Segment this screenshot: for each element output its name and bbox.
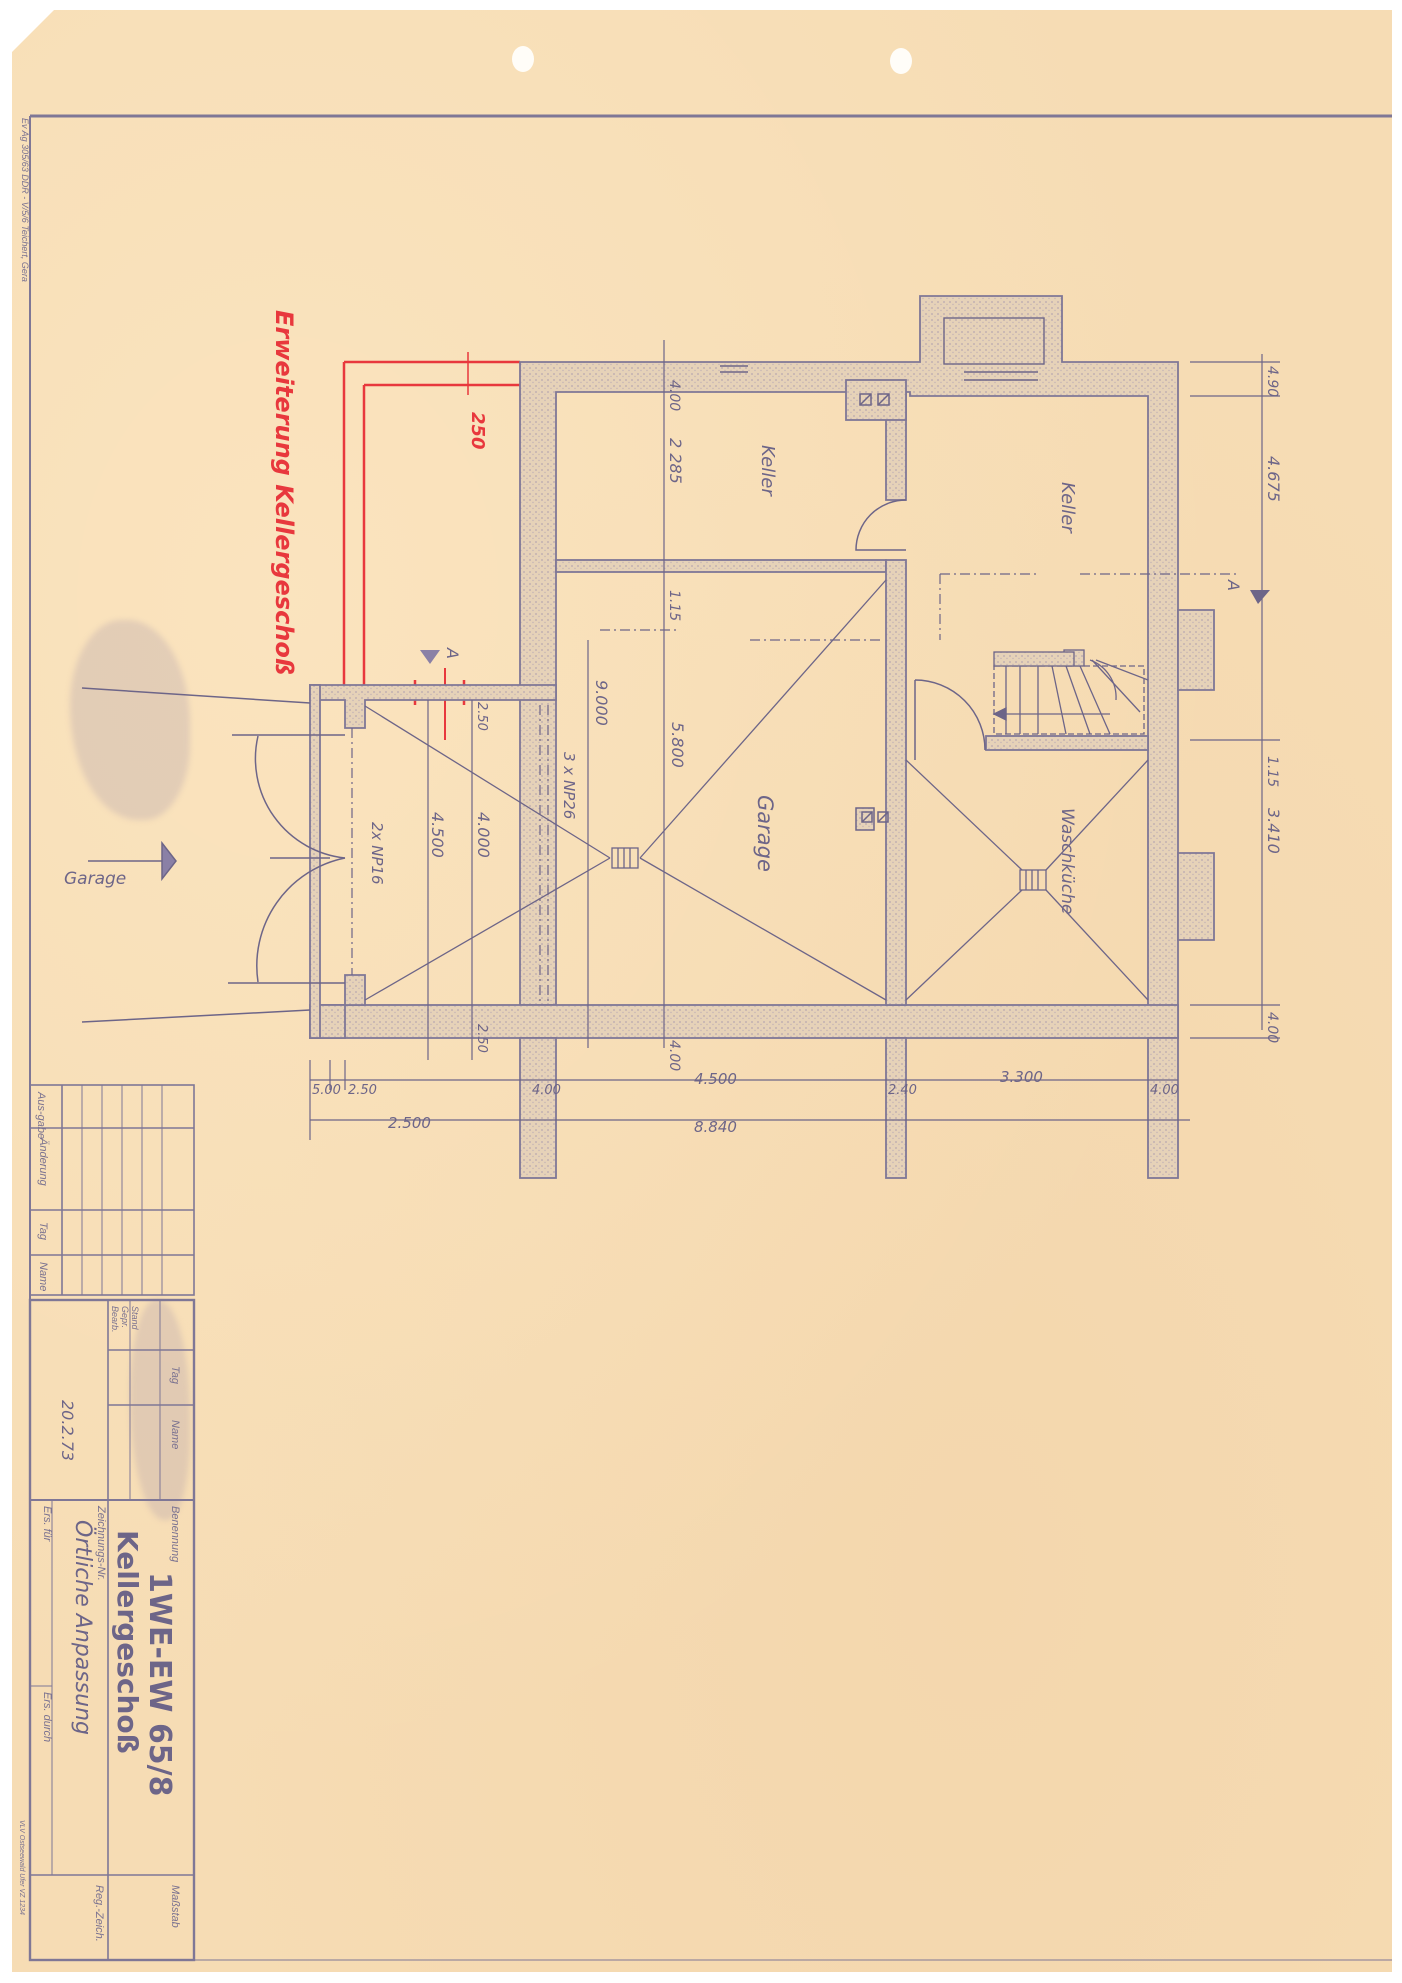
status-geprueft: Gepr. [120,1306,130,1328]
ers-fuer-label: Ers. für [41,1506,53,1543]
flue-icons [856,394,889,830]
floor-plan-drawing: Ev Ag 305/63 DDR - V/5/6 Teichert, Gera … [0,0,1402,1983]
section-label-left: A [443,647,462,659]
benennung-label: Benennung [169,1506,181,1563]
beam-main-label: 3 x NP26 [560,752,578,819]
dim-bottom-total-left: 2.500 [388,1114,431,1132]
beam-lines [352,574,1240,1005]
dim-bottom-b: 2.50 [348,1083,377,1098]
staircase [994,650,1148,734]
dim-garage-wall-bottom: 2.50 [474,1024,489,1053]
ers-durch-label: Ers. durch [41,1692,53,1742]
room-keller-right: Keller [1057,482,1078,534]
dim-right-5: 4.00 [1264,1012,1280,1043]
dim-left-6: 4.00 [666,1040,682,1071]
drawing-title-line2: Kellergeschoß [111,1530,144,1754]
section-label-right: A [1224,579,1243,591]
dim-bottom-e: 2.40 [888,1083,917,1098]
dim-right-4: 3.410 [1264,808,1283,854]
status-bearbeitet: Bearb. [110,1306,120,1333]
dim-bottom-a: 5.00 [312,1083,341,1098]
dim-left-1: 4.00 [666,380,682,411]
dim-bottom-g: 4.00 [1150,1083,1179,1098]
dim-bottom-d: 4.500 [694,1070,737,1088]
dim-garage-inner: 4.000 [474,812,493,858]
dim-right-3: 1.15 [1264,756,1280,787]
tag-label: Tag [169,1366,181,1385]
rev-header-name: Name [37,1262,49,1291]
garage-ceiling-lines [365,580,1148,1000]
extension-outline [344,352,520,740]
drawing-date: 20.2.73 [58,1400,77,1461]
zeichnungs-nr-label: Zeichnungs-Nr. [95,1505,107,1581]
dim-garage-outer: 4.500 [428,812,447,858]
bottom-margin-print: VLV Ostseewald Ufer VZ 1234 [18,1820,25,1915]
dim-garage-wall: 2.50 [474,702,489,731]
room-garage: Garage [753,795,777,872]
dim-left-2: 2 285 [666,438,685,484]
massstab-label: Maßstab [169,1885,181,1928]
rev-header-ausgabe: Aus-gabe [35,1091,47,1139]
beam-front-label: 2x NP16 [368,822,386,885]
extension-label: Erweiterung Kellergeschoß [270,310,298,675]
extension-dimension: 250 [467,412,488,450]
entry-garage-label: Garage [64,869,126,889]
reg-zeich-label: Reg.-Zeich. [93,1885,105,1942]
rev-header-tag: Tag [37,1222,49,1241]
dim-left-4: 5.800 [668,722,687,768]
zeichnungs-nr-value: Örtliche Anpassung [70,1520,96,1735]
dim-right-1: 4.90 [1264,366,1280,397]
name-label: Name [169,1420,181,1449]
dim-bottom-f: 3.300 [1000,1068,1043,1086]
drawing-title-line1: 1WE-EW 65/8 [142,1572,177,1797]
dim-bottom-total: 8.840 [694,1118,737,1136]
room-keller-left: Keller [757,445,778,497]
dim-bottom-c: 4.00 [532,1083,561,1098]
dim-left-3: 1.15 [666,590,682,621]
margin-print: Ev Ag 305/63 DDR - V/5/6 Teichert, Gera [20,118,30,282]
dim-right-2: 4.675 [1264,456,1283,502]
rev-header-aenderung: Änderung [37,1137,49,1187]
dim-left-5: 9.000 [592,680,611,726]
status-stand: Stand [130,1306,140,1331]
room-waschkueche: Waschküche [1057,808,1077,914]
